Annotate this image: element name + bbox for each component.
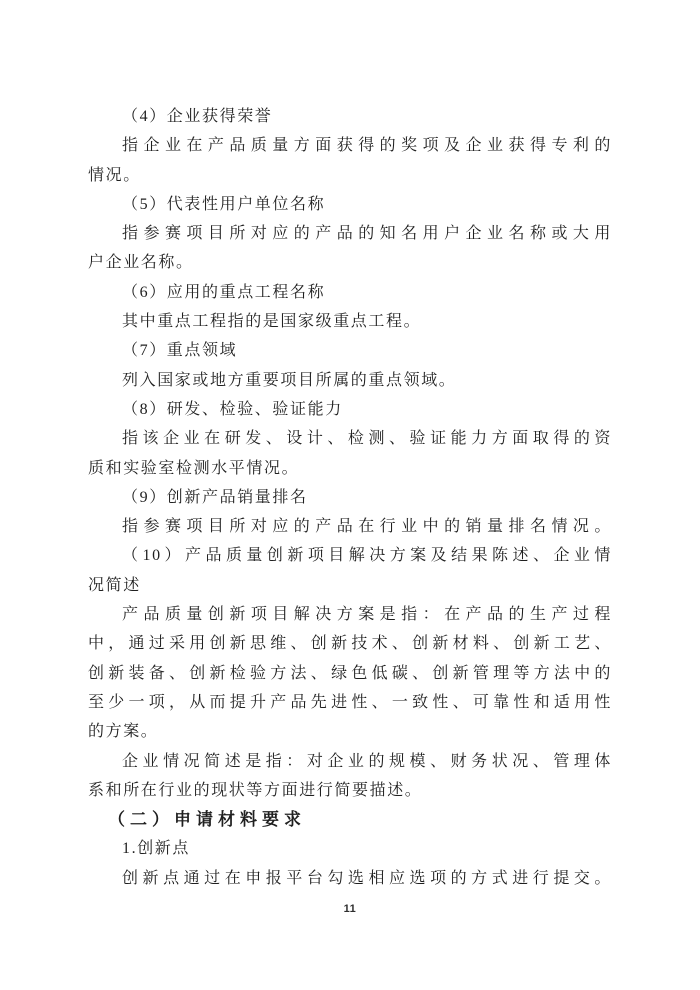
page-number: 11 bbox=[0, 903, 700, 915]
text-line: （9）创新产品销量排名 bbox=[88, 483, 612, 512]
text-line: 指参赛项目所对应的产品在行业中的销量排名情况。 bbox=[88, 512, 612, 541]
text-line: 况简述 bbox=[88, 571, 612, 600]
text-line: （6）应用的重点工程名称 bbox=[88, 278, 612, 307]
text-line: 创新点通过在申报平台勾选相应选项的方式进行提交。 bbox=[88, 864, 612, 893]
text-line: 的方案。 bbox=[88, 717, 612, 746]
document-body: （4）企业获得荣誉指企业在产品质量方面获得的奖项及企业获得专利的情况。（5）代表… bbox=[88, 102, 612, 893]
text-line: 系和所在行业的现状等方面进行简要描述。 bbox=[88, 776, 612, 805]
document-page: （4）企业获得荣誉指企业在产品质量方面获得的奖项及企业获得专利的情况。（5）代表… bbox=[0, 0, 700, 990]
text-line: 指该企业在研发、设计、检测、验证能力方面取得的资 bbox=[88, 424, 612, 453]
text-line: 列入国家或地方重要项目所属的重点领域。 bbox=[88, 366, 612, 395]
section-heading-line: （二）申请材料要求 bbox=[88, 805, 612, 834]
text-line: 指企业在产品质量方面获得的奖项及企业获得专利的 bbox=[88, 131, 612, 160]
text-line: （8）研发、检验、验证能力 bbox=[88, 395, 612, 424]
text-line: 户企业名称。 bbox=[88, 248, 612, 277]
text-line: 情况。 bbox=[88, 161, 612, 190]
text-line: 1.创新点 bbox=[88, 834, 612, 863]
text-line: 产品质量创新项目解决方案是指：在产品的生产过程 bbox=[88, 600, 612, 629]
text-line: 其中重点工程指的是国家级重点工程。 bbox=[88, 307, 612, 336]
text-line: （7）重点领域 bbox=[88, 336, 612, 365]
text-line: 企业情况简述是指：对企业的规模、财务状况、管理体 bbox=[88, 747, 612, 776]
text-line: （5）代表性用户单位名称 bbox=[88, 190, 612, 219]
text-line: 质和实验室检测水平情况。 bbox=[88, 454, 612, 483]
text-line: 中，通过采用创新思维、创新技术、创新材料、创新工艺、 bbox=[88, 629, 612, 658]
text-line: （10）产品质量创新项目解决方案及结果陈述、企业情 bbox=[88, 541, 612, 570]
text-line: （4）企业获得荣誉 bbox=[88, 102, 612, 131]
text-line: 至少一项，从而提升产品先进性、一致性、可靠性和适用性 bbox=[88, 688, 612, 717]
text-line: 指参赛项目所对应的产品的知名用户企业名称或大用 bbox=[88, 219, 612, 248]
text-line: 创新装备、创新检验方法、绿色低碳、创新管理等方法中的 bbox=[88, 659, 612, 688]
